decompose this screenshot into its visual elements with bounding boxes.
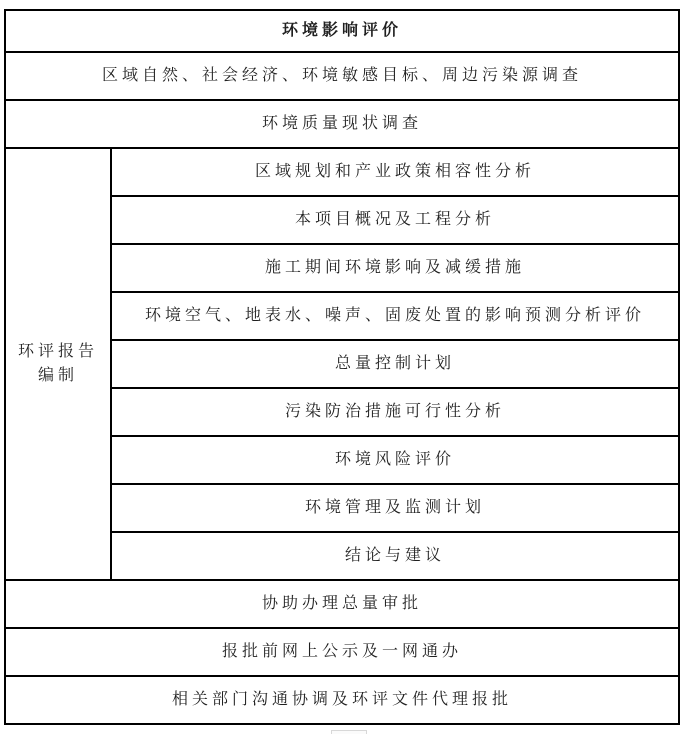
cropped-element-fragment (331, 730, 367, 734)
table-row: 环境质量现状调查 (5, 100, 679, 148)
survey-row-regional: 区域自然、社会经济、环境敏感目标、周边污染源调查 (5, 52, 679, 100)
section-row-conclusion: 结论与建议 (111, 532, 679, 580)
table-row: 协助办理总量审批 (5, 580, 679, 628)
section-row-management-monitoring: 环境管理及监测计划 (111, 484, 679, 532)
section-row-policy-analysis: 区域规划和产业政策相容性分析 (111, 148, 679, 196)
survey-row-quality: 环境质量现状调查 (5, 100, 679, 148)
page-title: 环境影响评价 (5, 10, 679, 52)
table-row: 报批前网上公示及一网通办 (5, 628, 679, 676)
table-row: 环境影响评价 (5, 10, 679, 52)
eia-workflow-table: 环境影响评价 区域自然、社会经济、环境敏感目标、周边污染源调查 环境质量现状调查… (4, 9, 680, 725)
section-row-construction-impact: 施工期间环境影响及减缓措施 (111, 244, 679, 292)
section-label-report-compilation: 环评报告编制 (5, 148, 111, 580)
table-row: 环评报告编制 区域规划和产业政策相容性分析 (5, 148, 679, 196)
section-row-total-control-plan: 总量控制计划 (111, 340, 679, 388)
table-row: 区域自然、社会经济、环境敏感目标、周边污染源调查 (5, 52, 679, 100)
closing-row-agency-submission: 相关部门沟通协调及环评文件代理报批 (5, 676, 679, 724)
section-row-risk-assessment: 环境风险评价 (111, 436, 679, 484)
section-row-pollution-prevention: 污染防治措施可行性分析 (111, 388, 679, 436)
section-row-impact-prediction: 环境空气、地表水、噪声、固废处置的影响预测分析评价 (111, 292, 679, 340)
closing-row-approval-assist: 协助办理总量审批 (5, 580, 679, 628)
closing-row-public-notice: 报批前网上公示及一网通办 (5, 628, 679, 676)
section-row-project-overview: 本项目概况及工程分析 (111, 196, 679, 244)
table-row: 相关部门沟通协调及环评文件代理报批 (5, 676, 679, 724)
